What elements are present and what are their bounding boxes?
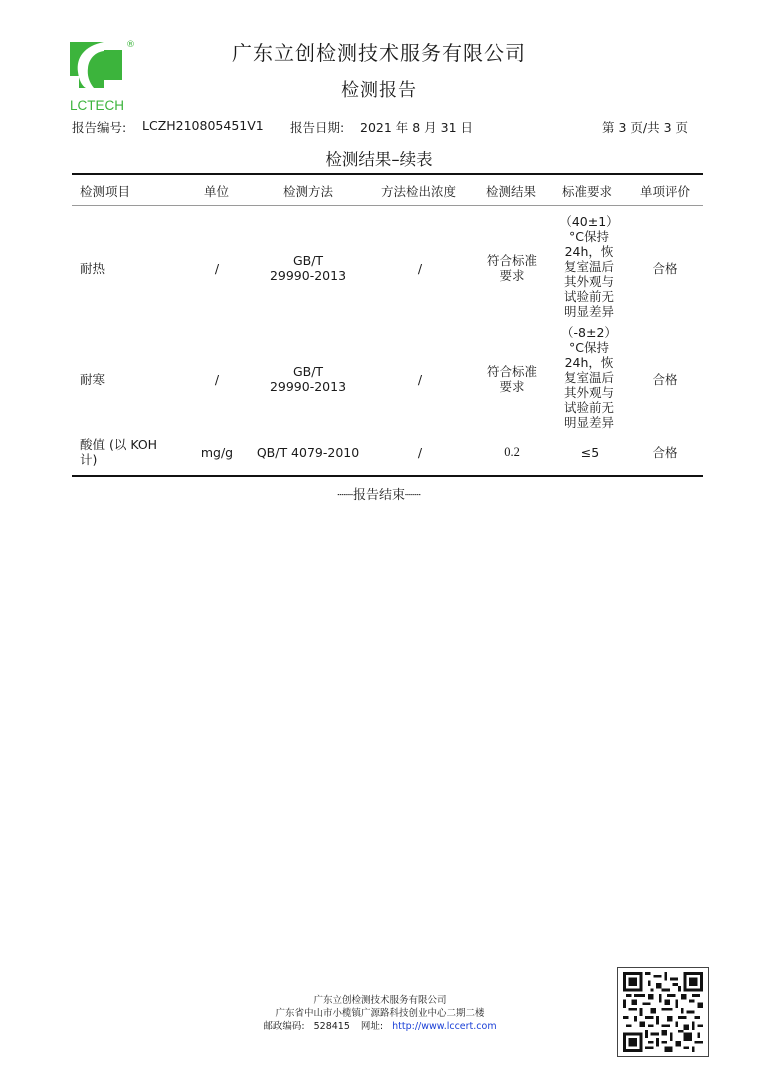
cell-detection-limit: / bbox=[408, 372, 432, 387]
table-top-rule bbox=[72, 173, 703, 175]
cell-detection-limit: / bbox=[408, 445, 432, 460]
cell-evaluation: 合格 bbox=[645, 445, 685, 460]
cell-item: 耐热 bbox=[80, 261, 105, 276]
cell-method-line1: GB/T bbox=[262, 253, 354, 268]
col-header-detection-limit: 方法检出浓度 bbox=[381, 182, 456, 200]
website-label: 网址: bbox=[361, 1021, 383, 1032]
website-link[interactable]: http://www.lccert.com bbox=[392, 1021, 496, 1032]
cell-unit: / bbox=[205, 261, 229, 276]
table-header-rule bbox=[72, 205, 703, 206]
cell-requirement: （-8±2） °C保持 24h，恢 复室温后 其外观与 试验前无 明显差异 bbox=[554, 325, 624, 430]
col-header-requirement: 标准要求 bbox=[562, 182, 612, 200]
cell-item-line2: 计) bbox=[80, 452, 97, 467]
report-date-label: 报告日期: bbox=[290, 118, 344, 136]
cell-result-line2: 要求 bbox=[482, 268, 542, 283]
col-header-unit: 单位 bbox=[204, 182, 229, 200]
report-date: 2021 年 8 月 31 日 bbox=[360, 118, 473, 136]
cell-item: 耐寒 bbox=[80, 372, 105, 387]
report-title: 检测报告 bbox=[0, 76, 758, 102]
cell-result-line1: 符合标准 bbox=[482, 253, 542, 268]
cell-result-line2: 要求 bbox=[482, 379, 542, 394]
cell-method: QB/T 4079-2010 bbox=[254, 445, 362, 460]
qr-code-icon bbox=[617, 967, 709, 1057]
cell-method-line2: 29990-2013 bbox=[262, 379, 354, 394]
cell-result: 0.2 bbox=[492, 445, 532, 460]
cell-item-line1: 酸值 (以 KOH bbox=[80, 437, 157, 452]
cell-unit: / bbox=[205, 372, 229, 387]
cell-method-line1: GB/T bbox=[262, 364, 354, 379]
report-number: LCZH210805451V1 bbox=[142, 118, 264, 133]
table-bottom-rule bbox=[72, 475, 703, 477]
company-name: 广东立创检测技术服务有限公司 bbox=[0, 37, 758, 66]
cell-requirement: （40±1） °C保持 24h，恢 复室温后 其外观与 试验前无 明显差异 bbox=[554, 214, 624, 319]
cell-detection-limit: / bbox=[408, 261, 432, 276]
cell-method-line2: 29990-2013 bbox=[262, 268, 354, 283]
footer: 广东立创检测技术服务有限公司 广东省中山市小榄镇广源路科技创业中心二期二楼 邮政… bbox=[240, 994, 520, 1033]
cell-result-line1: 符合标准 bbox=[482, 364, 542, 379]
cell-evaluation: 合格 bbox=[645, 261, 685, 276]
col-header-evaluation: 单项评价 bbox=[640, 182, 690, 200]
page-info: 第 3 页/共 3 页 bbox=[602, 118, 688, 136]
col-header-item: 检测项目 bbox=[80, 182, 130, 200]
col-header-method: 检测方法 bbox=[283, 182, 333, 200]
section-title: 检测结果–续表 bbox=[0, 146, 758, 170]
footer-company: 广东立创检测技术服务有限公司 bbox=[240, 994, 520, 1007]
col-header-result: 检测结果 bbox=[486, 182, 536, 200]
report-end-mark: ┈┈报告结束┈┈ bbox=[0, 484, 758, 503]
postcode: 528415 bbox=[314, 1021, 350, 1032]
postcode-label: 邮政编码: bbox=[263, 1021, 304, 1032]
footer-address: 广东省中山市小榄镇广源路科技创业中心二期二楼 bbox=[240, 1007, 520, 1020]
cell-requirement: ≤5 bbox=[570, 445, 610, 460]
report-number-label: 报告编号: bbox=[72, 118, 126, 136]
cell-unit: mg/g bbox=[196, 445, 238, 460]
footer-contact: 邮政编码: 528415 网址: http://www.lccert.com bbox=[240, 1020, 520, 1033]
cell-evaluation: 合格 bbox=[645, 372, 685, 387]
